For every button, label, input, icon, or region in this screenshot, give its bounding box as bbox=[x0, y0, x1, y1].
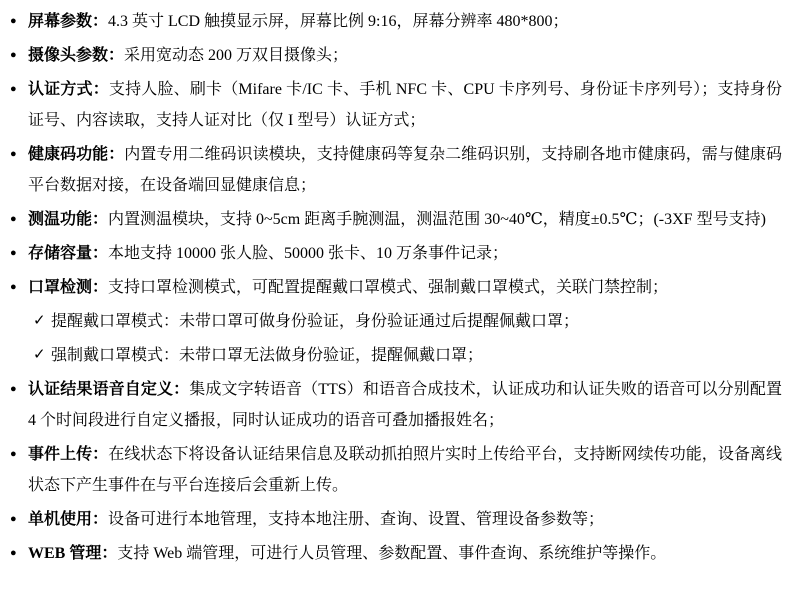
bullet-icon: ● bbox=[10, 139, 17, 170]
spec-label: 事件上传： bbox=[28, 446, 108, 463]
spec-item-health-code: ●健康码功能：内置专用二维码识读模块，支持健康码等复杂二维码识别，支持刷各地市健… bbox=[0, 139, 782, 201]
bullet-icon: ● bbox=[10, 238, 17, 269]
spec-subitem-mask-remind-mode: ✓提醒戴口罩模式：未带口罩可做身份验证，身份验证通过后提醒佩戴口罩； bbox=[0, 306, 782, 337]
spec-label: 存储容量： bbox=[28, 245, 108, 262]
spec-label: 认证方式： bbox=[28, 81, 109, 98]
spec-item-storage: ●存储容量：本地支持 10000 张人脸、50000 张卡、10 万条事件记录； bbox=[0, 238, 782, 269]
spec-text: 采用宽动态 200 万双目摄像头； bbox=[124, 47, 348, 64]
spec-text: 支持口罩检测模式，可配置提醒戴口罩模式、强制戴口罩模式，关联门禁控制； bbox=[108, 279, 668, 296]
bullet-icon: ● bbox=[10, 40, 17, 71]
spec-sub-text: 强制戴口罩模式：未带口罩无法做身份验证，提醒佩戴口罩； bbox=[51, 347, 483, 364]
spec-document: ●屏幕参数：4.3 英寸 LCD 触摸显示屏，屏幕比例 9:16，屏幕分辨率 4… bbox=[0, 6, 782, 569]
bullet-icon: ● bbox=[10, 439, 17, 470]
bullet-icon: ● bbox=[10, 374, 17, 405]
spec-sub-text: 提醒戴口罩模式：未带口罩可做身份验证，身份验证通过后提醒佩戴口罩； bbox=[51, 313, 579, 330]
spec-item-standalone-use: ●单机使用：设备可进行本地管理，支持本地注册、查询、设置、管理设备参数等； bbox=[0, 504, 782, 535]
spec-label: 口罩检测： bbox=[28, 279, 108, 296]
checkmark-icon: ✓ bbox=[33, 306, 46, 337]
bullet-icon: ● bbox=[10, 204, 17, 235]
spec-item-mask-detection: ●口罩检测：支持口罩检测模式，可配置提醒戴口罩模式、强制戴口罩模式，关联门禁控制… bbox=[0, 272, 782, 303]
spec-item-screen-params: ●屏幕参数：4.3 英寸 LCD 触摸显示屏，屏幕比例 9:16，屏幕分辨率 4… bbox=[0, 6, 782, 37]
spec-text: 4.3 英寸 LCD 触摸显示屏，屏幕比例 9:16，屏幕分辨率 480*800… bbox=[108, 13, 568, 30]
spec-text: 支持人脸、刷卡（Mifare 卡/IC 卡、手机 NFC 卡、CPU 卡序列号、… bbox=[28, 81, 782, 129]
spec-label: 摄像头参数： bbox=[28, 47, 124, 64]
spec-text: 本地支持 10000 张人脸、50000 张卡、10 万条事件记录； bbox=[108, 245, 508, 262]
spec-item-web-management: ●WEB 管理：支持 Web 端管理，可进行人员管理、参数配置、事件查询、系统维… bbox=[0, 538, 782, 569]
spec-item-camera-params: ●摄像头参数：采用宽动态 200 万双目摄像头； bbox=[0, 40, 782, 71]
spec-item-voice-custom: ●认证结果语音自定义：集成文字转语音（TTS）和语音合成技术，认证成功和认证失败… bbox=[0, 374, 782, 436]
spec-text: 内置专用二维码识读模块，支持健康码等复杂二维码识别，支持刷各地市健康码，需与健康… bbox=[28, 146, 782, 194]
spec-text: 在线状态下将设备认证结果信息及联动抓拍照片实时上传给平台，支持断网续传功能，设备… bbox=[28, 446, 782, 494]
spec-item-auth-method: ●认证方式：支持人脸、刷卡（Mifare 卡/IC 卡、手机 NFC 卡、CPU… bbox=[0, 74, 782, 136]
spec-label: 健康码功能： bbox=[28, 146, 124, 163]
bullet-icon: ● bbox=[10, 272, 17, 303]
spec-label: 测温功能： bbox=[28, 211, 108, 228]
spec-label: 认证结果语音自定义： bbox=[28, 381, 189, 398]
bullet-icon: ● bbox=[10, 74, 17, 105]
bullet-icon: ● bbox=[10, 504, 17, 535]
spec-item-temperature: ●测温功能：内置测温模块，支持 0~5cm 距离手腕测温，测温范围 30~40℃… bbox=[0, 204, 782, 235]
spec-text: 内置测温模块，支持 0~5cm 距离手腕测温，测温范围 30~40℃，精度±0.… bbox=[108, 211, 766, 228]
spec-text: 支持 Web 端管理，可进行人员管理、参数配置、事件查询、系统维护等操作。 bbox=[117, 545, 666, 562]
spec-item-event-upload: ●事件上传：在线状态下将设备认证结果信息及联动抓拍照片实时上传给平台，支持断网续… bbox=[0, 439, 782, 501]
spec-subitem-mask-force-mode: ✓强制戴口罩模式：未带口罩无法做身份验证，提醒佩戴口罩； bbox=[0, 340, 782, 371]
spec-label: 单机使用： bbox=[28, 511, 108, 528]
checkmark-icon: ✓ bbox=[33, 340, 46, 371]
spec-label: 屏幕参数： bbox=[28, 13, 108, 30]
bullet-icon: ● bbox=[10, 538, 17, 569]
bullet-icon: ● bbox=[10, 6, 17, 37]
spec-label: WEB 管理： bbox=[28, 545, 117, 562]
spec-text: 设备可进行本地管理，支持本地注册、查询、设置、管理设备参数等； bbox=[108, 511, 604, 528]
